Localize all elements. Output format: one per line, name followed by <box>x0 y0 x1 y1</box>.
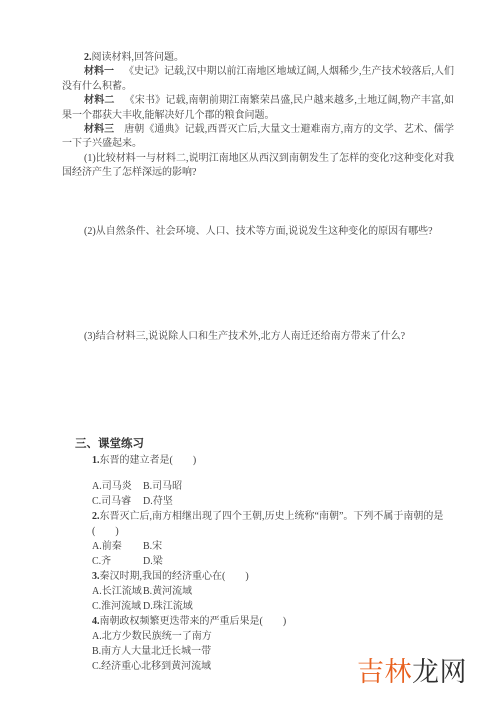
reading-title: 阅读材料,回答问题。 <box>92 52 185 63</box>
watermark-highlight: 吉林 <box>357 657 412 687</box>
material-text-1: 《史记》记载,汉中期以前江南地区地域辽阔,人烟稀少,生产技术较落后,人们没有什么… <box>62 66 454 91</box>
question-number: 4. <box>92 616 100 627</box>
practice-question-2-stem: 2.东晋灭亡后,南方相继出现了四个王朝,历史上统称“南朝”。下列不属于南朝的是(… <box>92 509 454 539</box>
question-number: 3. <box>92 571 100 582</box>
option-a: A.前秦 <box>92 539 143 554</box>
option-c: C.齐 <box>92 554 143 569</box>
watermark-rest: 龙网 <box>412 657 467 687</box>
practice-question-3-stem: 3.秦汉时期,我国的经济重心在( ) <box>92 569 454 584</box>
question-stem: 秦汉时期,我国的经济重心在( ) <box>100 571 249 582</box>
option-a: A.北方少数民族统一了南方 <box>92 631 212 642</box>
material-label-2: 材料二 <box>84 95 115 106</box>
option-row: A.司马炎B.司马昭 <box>92 479 454 494</box>
option-c: C.经济重心北移到黄河流域 <box>92 661 211 672</box>
reading-intro: 2.阅读材料,回答问题。 <box>62 51 454 65</box>
option-d: D.梁 <box>143 556 163 567</box>
option-d: D.苻坚 <box>143 496 173 507</box>
practice-question-4-stem: 4.南朝政权频繁更迭带来的严重后果是( ) <box>92 614 454 629</box>
option-a: A.司马炎 <box>92 479 143 494</box>
reading-question-2: (2)从自然条件、社会环境、人口、技术等方面,说说发生这种变化的原因有哪些? <box>62 225 454 239</box>
worksheet-content: 2.阅读材料,回答问题。 材料一《史记》记载,汉中期以前江南地区地域辽阔,人烟稀… <box>62 51 454 674</box>
option-row: A.长江流域B.黄河流域 <box>92 584 454 599</box>
option-row: C.淮河流域D.珠江流域 <box>92 599 454 614</box>
option-b: B.南方人大量北迁长城一带 <box>92 646 211 657</box>
practice-question-1-stem: 1.东晋的建立者是( ) <box>92 453 454 468</box>
option-c: C.司马睿 <box>92 494 143 509</box>
option-row: A.北方少数民族统一了南方 <box>92 629 454 644</box>
material-paragraph-2: 材料二《宋书》记载,南朝前期江南繁荣昌盛,民户越来越多,土地辽阔,物产丰富,如果… <box>62 94 454 123</box>
option-d: D.珠江流域 <box>143 601 193 612</box>
option-row: A.前秦B.宋 <box>92 539 454 554</box>
practice-questions: 1.东晋的建立者是( ) A.司马炎B.司马昭 C.司马睿D.苻坚 2.东晋灭亡… <box>92 453 454 674</box>
material-paragraph-1: 材料一《史记》记载,汉中期以前江南地区地域辽阔,人烟稀少,生产技术较落后,人们没… <box>62 65 454 94</box>
option-b: B.宋 <box>143 541 162 552</box>
reading-question-1: (1)比较材料一与材料二,说明江南地区从西汉到南朝发生了怎样的变化?这种变化对我… <box>62 152 454 181</box>
material-paragraph-3: 材料三唐朝《通典》记载,西晋灭亡后,大量文士避难南方,南方的文学、艺术、儒学一下… <box>62 123 454 152</box>
question-number: 2. <box>92 511 100 522</box>
option-row: C.司马睿D.苻坚 <box>92 494 454 509</box>
material-label-3: 材料三 <box>84 124 114 135</box>
material-text-3: 唐朝《通典》记载,西晋灭亡后,大量文士避难南方,南方的文学、艺术、儒学一下子兴盛… <box>62 124 454 149</box>
material-text-2: 《宋书》记载,南朝前期江南繁荣昌盛,民户越来越多,土地辽阔,物产丰富,如果一个郡… <box>62 95 454 120</box>
option-c: C.淮河流域 <box>92 599 143 614</box>
reading-question-3: (3)结合材料三,说说除人口和生产技术外,北方人南迁还给南方带来了什么? <box>62 330 454 344</box>
option-b: B.司马昭 <box>143 481 182 492</box>
material-label-1: 材料一 <box>84 66 114 77</box>
practice-section-heading: 三、课堂练习 <box>75 436 454 453</box>
option-a: A.长江流域 <box>92 584 143 599</box>
option-b: B.黄河流域 <box>143 586 192 597</box>
question-stem: 东晋的建立者是( ) <box>100 455 197 466</box>
document-page: 2.阅读材料,回答问题。 材料一《史记》记载,汉中期以前江南地区地域辽阔,人烟稀… <box>0 0 499 706</box>
option-row: C.齐D.梁 <box>92 554 454 569</box>
watermark: 吉林龙网 <box>357 650 467 689</box>
question-stem: 南朝政权频繁更迭带来的严重后果是( ) <box>100 616 287 627</box>
question-stem: 东晋灭亡后,南方相继出现了四个王朝,历史上统称“南朝”。下列不属于南朝的是( ) <box>92 511 443 537</box>
reading-number: 2. <box>84 52 92 63</box>
question-number: 1. <box>92 455 100 466</box>
